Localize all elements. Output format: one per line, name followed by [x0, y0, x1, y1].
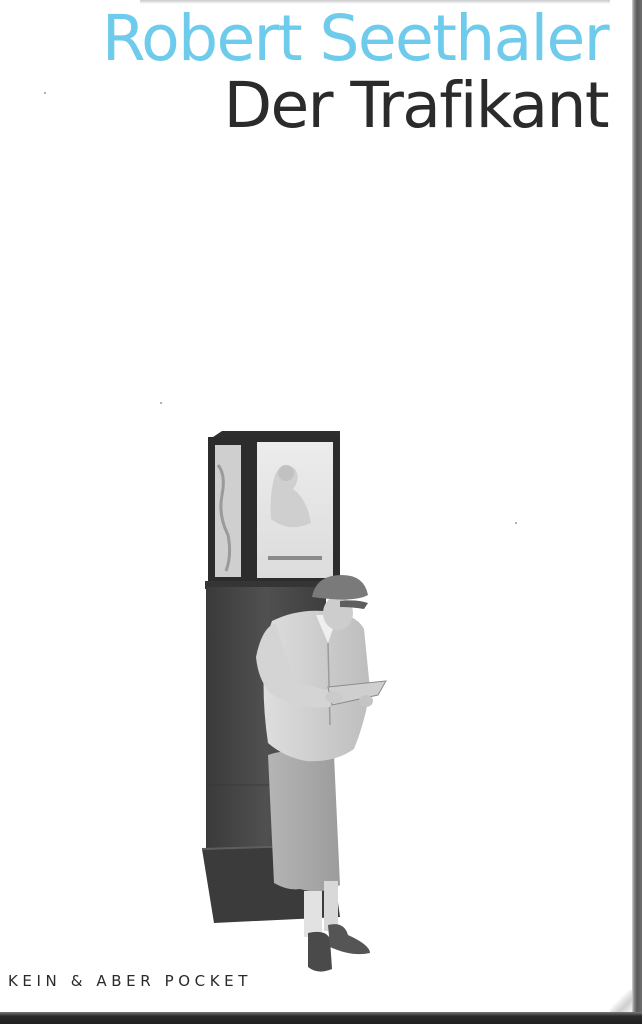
scan-speck	[515, 522, 517, 524]
scan-speck	[160, 402, 162, 404]
book-cover: Robert Seethaler Der Trafikant	[0, 0, 632, 1012]
scan-edge-right	[632, 0, 642, 1024]
kiosk-and-reader-illustration	[190, 425, 410, 985]
cover-photo	[190, 425, 410, 985]
publisher-imprint: KEIN & ABER POCKET	[8, 972, 252, 990]
page-corner-curl	[610, 990, 632, 1012]
scan-speck	[44, 92, 46, 94]
book-title: Der Trafikant	[224, 70, 608, 142]
scan-edge-bottom	[0, 1012, 642, 1024]
author-name: Robert Seethaler	[102, 3, 608, 75]
